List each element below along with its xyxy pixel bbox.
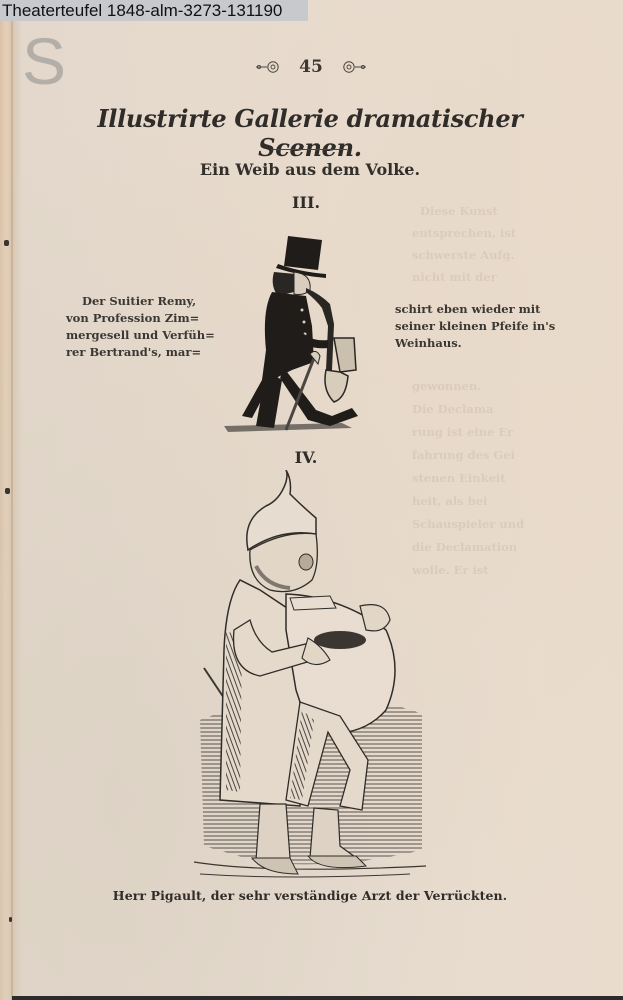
bleed-line: nicht mit der [412, 266, 497, 289]
title-divider [271, 149, 347, 150]
binding-mark [4, 240, 9, 246]
book-page: Diese Kunst entsprechen, ist schwerste A… [0, 0, 623, 1000]
text-line: schirt eben wieder mit [395, 301, 555, 318]
document-id-label: Theaterteufel 1848-alm-3273-131190 [0, 0, 308, 21]
section-iii-text-left: Der Suitier Remy, von Profession Zim= me… [66, 293, 226, 361]
binding-mark [9, 917, 12, 922]
watermark-logo: S [22, 28, 66, 94]
text-line: mergesell und Verfüh= [66, 327, 226, 344]
text-line: seiner kleinen Pfeife in's [395, 318, 555, 335]
page-subtitle: Ein Weib aus dem Volke. [120, 160, 500, 179]
page-gutter [11, 20, 13, 1000]
bleed-line: schwerste Aufg. [412, 244, 515, 267]
page-title: Illustrirte Gallerie dramatischer Scenen… [60, 104, 560, 162]
text-line: von Profession Zim= [66, 310, 226, 327]
ornament-right-icon [341, 60, 367, 74]
text-line: Der Suitier Remy, [66, 293, 226, 310]
illustration-man-top-hat [222, 230, 372, 440]
binding-mark [5, 488, 10, 494]
bleed-line: rung ist eine Er [412, 421, 513, 444]
bleed-line: entsprechen, ist [412, 222, 516, 245]
ornament-left-icon [255, 60, 281, 74]
bleed-line: gewonnen. [412, 375, 481, 398]
bleed-line: fahrung des Gei [412, 444, 515, 467]
page-bottom-edge [12, 996, 623, 1000]
section-numeral-iv: IV. [276, 448, 336, 467]
section-iii-text-right: schirt eben wieder mit seiner kleinen Pf… [395, 301, 555, 352]
text-line: Weinhaus. [395, 335, 555, 352]
bleed-line: Diese Kunst [420, 200, 498, 223]
section-numeral-iii: III. [276, 193, 336, 212]
page-number: 45 [299, 57, 323, 77]
text-line: rer Bertrand's, mar= [66, 344, 226, 361]
illustration-caption: Herr Pigault, der sehr verständige Arzt … [100, 888, 520, 903]
bleed-line: Die Declama [412, 398, 493, 421]
illustration-man-nightcap [190, 470, 430, 885]
page-number-header: 45 [246, 56, 376, 78]
